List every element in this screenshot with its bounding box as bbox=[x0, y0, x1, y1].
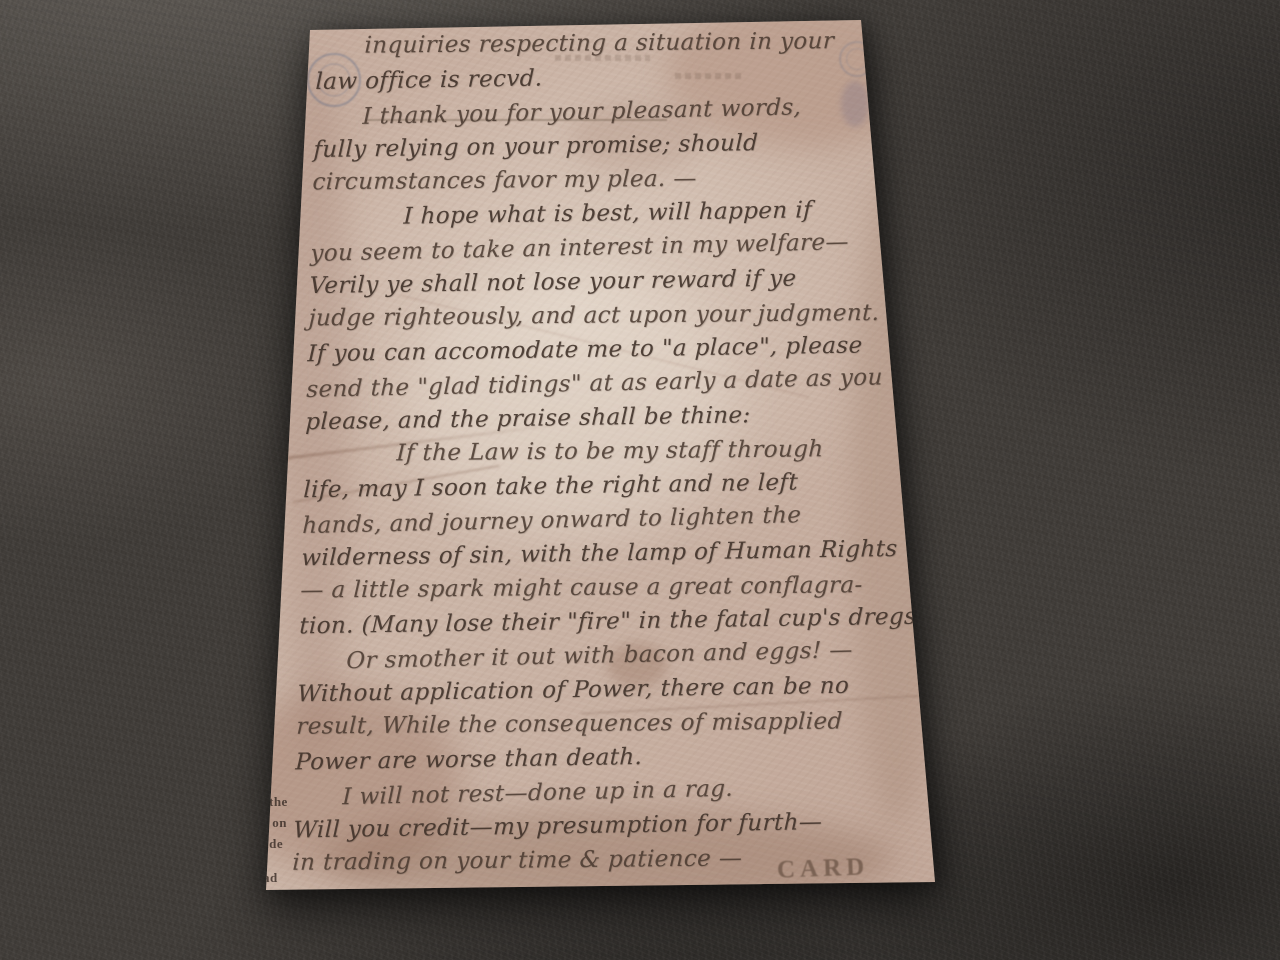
photo-scene: the s on ide ad CARD inquiries respectin… bbox=[0, 0, 1280, 960]
letter-line: result, While the consequences of misapp… bbox=[296, 704, 862, 743]
letter-line: — a little spark might cause a great con… bbox=[300, 568, 866, 607]
letter-line: circumstances favor my plea. — bbox=[312, 160, 878, 199]
letter-line: in trading on your time & patience — bbox=[292, 840, 858, 879]
postcard-paper: the s on ide ad CARD inquiries respectin… bbox=[255, 15, 945, 895]
letter-line: If the Law is to be my staff through bbox=[396, 432, 870, 471]
printed-fragment: the bbox=[269, 794, 288, 810]
printed-fragment: ad bbox=[263, 870, 278, 886]
handwritten-letter: inquiries respecting a situation in your… bbox=[292, 22, 882, 881]
postcard: the s on ide ad CARD inquiries respectin… bbox=[255, 15, 945, 895]
printed-fragment: ide bbox=[265, 836, 283, 852]
letter-line: inquiries respecting a situation in your bbox=[364, 24, 882, 63]
printed-fragment: s on bbox=[263, 815, 287, 831]
letter-line: judge righteously, and act upon your jud… bbox=[308, 296, 874, 335]
